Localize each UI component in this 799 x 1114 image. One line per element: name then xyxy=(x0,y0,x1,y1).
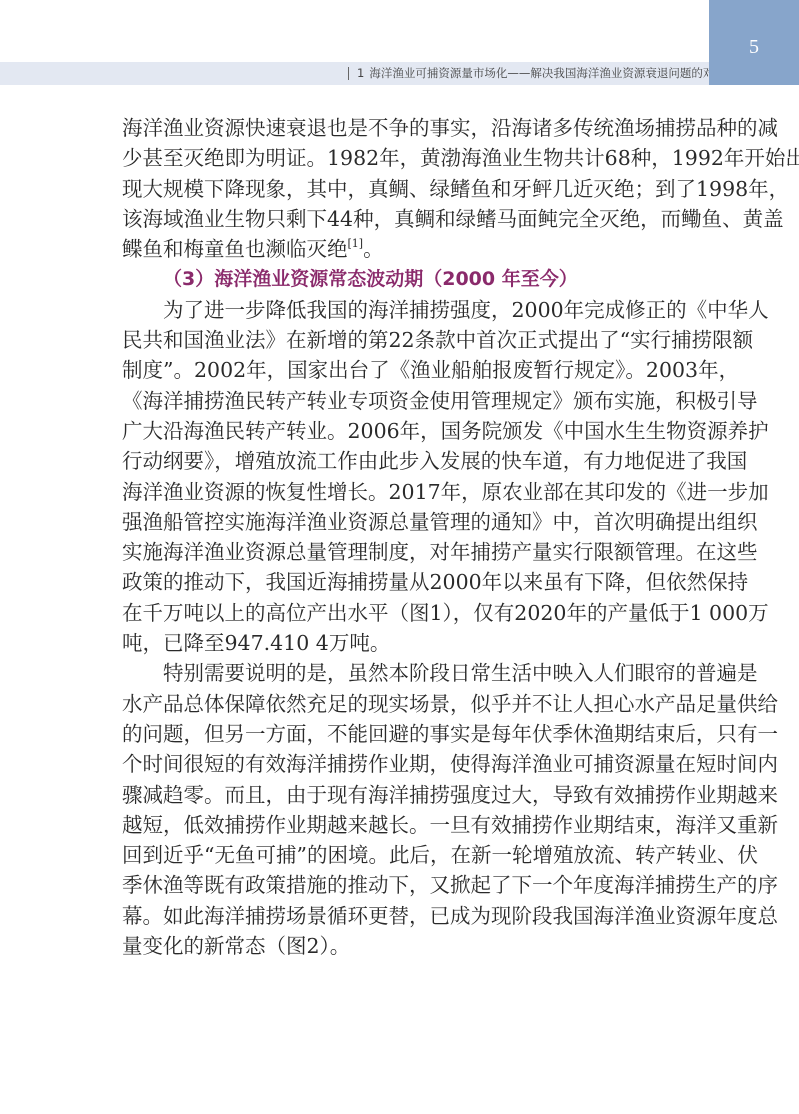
text-line: 现大规模下降现象，其中，真鲷、绿鳍鱼和牙鲆几近灭绝；到了1998年， xyxy=(122,174,680,204)
text-line: 实施海洋渔业资源总量管理制度，对年捕捞产量实行限额管理。在这些 xyxy=(122,537,680,567)
text-line: 海洋渔业资源的恢复性增长。2017年，原农业部在其印发的《进一步加 xyxy=(122,477,680,507)
text-line: 在千万吨以上的高位产出水平（图1），仅有2020年的产量低于1 000万 xyxy=(122,598,680,628)
text-line: 越短，低效捕捞作业期越来越长。一旦有效捕捞作业期结束，海洋又重新 xyxy=(122,810,680,840)
text-line: 海洋渔业资源快速衰退也是不争的事实，沿海诸多传统渔场捕捞品种的减 xyxy=(122,113,680,143)
text-line: 特别需要说明的是，虽然本阶段日常生活中映入人们眼帘的普遍是 xyxy=(122,658,680,688)
running-title: 海洋渔业可捕资源量市场化——解决我国海洋渔业资源衰退问题的对策 xyxy=(369,66,726,80)
text-line: 季休渔等既有政策措施的推动下，又掀起了下一个年度海洋捕捞生产的序 xyxy=(122,870,680,900)
paragraph-3: 特别需要说明的是，虽然本阶段日常生活中映入人们眼帘的普遍是 水产品总体保障依然充… xyxy=(122,658,680,961)
text-line: 政策的推动下，我国近海捕捞量从2000年以来虽有下降，但依然保持 xyxy=(122,567,680,597)
citation-link[interactable]: [1] xyxy=(348,237,364,250)
text-line: 少甚至灭绝即为明证。1982年，黄渤海渔业生物共计68种，1992年开始出 xyxy=(122,143,680,173)
text-line: 该海域渔业生物只剩下44种，真鲷和绿鳍马面鲀完全灭绝，而鳓鱼、黄盖 xyxy=(122,204,680,234)
text-span: 鲽鱼和梅童鱼也濒临灭绝 xyxy=(122,237,348,261)
text-line: 行动纲要》，增殖放流工作由此步入发展的快车道，有力地促进了我国 xyxy=(122,446,680,476)
text-line: 民共和国渔业法》在新增的第22条款中首次正式提出了“实行捕捞限额 xyxy=(122,325,680,355)
paragraph-1: 海洋渔业资源快速衰退也是不争的事实，沿海诸多传统渔场捕捞品种的减 少甚至灭绝即为… xyxy=(122,113,680,264)
divider-left xyxy=(348,67,349,80)
text-line: 《海洋捕捞渔民转产转业专项资金使用管理规定》颁布实施，积极引导 xyxy=(122,386,680,416)
text-line: 幕。如此海洋捕捞场景循环更替，已成为现阶段我国海洋渔业资源年度总 xyxy=(122,901,680,931)
end-punctuation: 。 xyxy=(363,237,384,261)
text-line: 制度”。2002年，国家出台了《渔业船舶报废暂行规定》。2003年， xyxy=(122,355,680,385)
text-line: 吨，已降至947.410 4万吨。 xyxy=(122,628,680,658)
text-line: 量变化的新常态（图2）。 xyxy=(122,931,680,961)
section-heading: （3）海洋渔业资源常态波动期（2000 年至今） xyxy=(122,264,680,294)
text-line: 强渔船管控实施海洋渔业资源总量管理的通知》中，首次明确提出组织 xyxy=(122,507,680,537)
text-line: 鲽鱼和梅童鱼也濒临灭绝[1]。 xyxy=(122,234,680,264)
page-number: 5 xyxy=(709,36,799,59)
text-line: 水产品总体保障依然充足的现实场景，似乎并不让人担心水产品足量供给 xyxy=(122,689,680,719)
running-header: 1海洋渔业可捕资源量市场化——解决我国海洋渔业资源衰退问题的对策 xyxy=(340,62,705,85)
body-text: 海洋渔业资源快速衰退也是不争的事实，沿海诸多传统渔场捕捞品种的减 少甚至灭绝即为… xyxy=(122,113,680,961)
text-line: 广大沿海渔民转产转业。2006年，国务院颁发《中国水生生物资源养护 xyxy=(122,416,680,446)
text-line: 的问题，但另一方面，不能回避的事实是每年伏季休渔期结束后，只有一 xyxy=(122,719,680,749)
page-number-tab: 5 xyxy=(709,0,799,85)
paragraph-2: 为了进一步降低我国的海洋捕捞强度，2000年完成修正的《中华人 民共和国渔业法》… xyxy=(122,295,680,659)
text-line: 为了进一步降低我国的海洋捕捞强度，2000年完成修正的《中华人 xyxy=(122,295,680,325)
text-line: 回到近乎“无鱼可捕”的困境。此后，在新一轮增殖放流、转产转业、伏 xyxy=(122,840,680,870)
chapter-number: 1 xyxy=(357,66,364,80)
text-line: 个时间很短的有效海洋捕捞作业期，使得海洋渔业可捕资源量在短时间内 xyxy=(122,749,680,779)
text-line: 骤减趋零。而且，由于现有海洋捕捞强度过大，导致有效捕捞作业期越来 xyxy=(122,780,680,810)
